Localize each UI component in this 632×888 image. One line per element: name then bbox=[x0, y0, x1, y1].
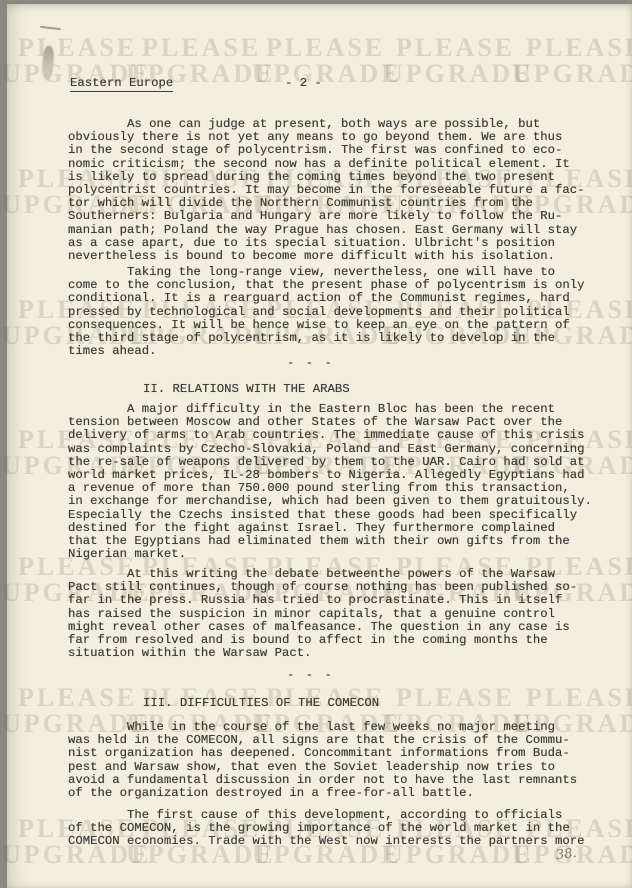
pen-mark-line bbox=[40, 26, 61, 31]
heading-difficulties-comecon: III. DIFFICULTIES OF THE COMECON bbox=[143, 697, 379, 710]
paragraph-arabs-2: At this writing the debate betweenthe po… bbox=[68, 568, 577, 660]
handwritten-page-number: 38. bbox=[555, 846, 577, 863]
paragraph-arabs-1: A major difficulty in the Eastern Bloc h… bbox=[68, 403, 592, 561]
page-number: - 2 - bbox=[285, 77, 322, 90]
section-separator: - - - bbox=[287, 357, 334, 370]
heading-relations-arabs: II. RELATIONS WITH THE ARABS bbox=[143, 383, 350, 396]
paragraph-polycentrism-2: Taking the long-range view, nevertheless… bbox=[68, 266, 585, 358]
paragraph-comecon-2: The first cause of this development, acc… bbox=[68, 809, 585, 849]
section-separator: - - - bbox=[287, 669, 334, 682]
section-label: Eastern Europe bbox=[70, 77, 173, 92]
paragraph-comecon-1: While in the course of the last few week… bbox=[68, 721, 577, 800]
pen-mark-smudge bbox=[42, 46, 54, 80]
document-text-layer: Eastern Europe - 2 - As one can judge at… bbox=[0, 0, 632, 888]
scanned-document-page: { "header": { "section_label": "Eastern … bbox=[0, 0, 632, 888]
paragraph-polycentrism-1: As one can judge at present, both ways a… bbox=[68, 118, 585, 263]
